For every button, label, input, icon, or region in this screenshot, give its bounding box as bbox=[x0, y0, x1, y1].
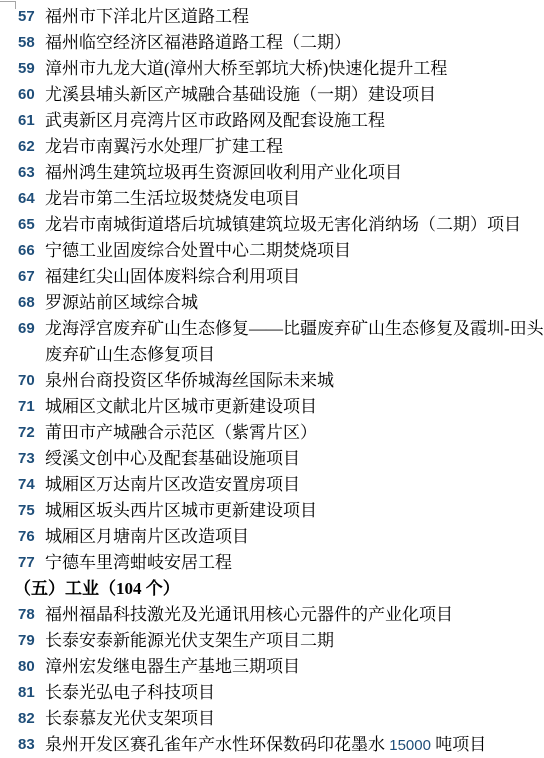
list-item: 62龙岩市南翼污水处理厂扩建工程 bbox=[0, 134, 544, 160]
item-number: 68 bbox=[18, 290, 45, 316]
item-number: 66 bbox=[18, 238, 45, 264]
item-number: 70 bbox=[18, 368, 45, 394]
item-text-line: 城厢区坂头西片区城市更新建设项目 bbox=[45, 501, 317, 520]
list-item: 60尤溪县埔头新区产城融合基础设施（一期）建设项目 bbox=[0, 82, 544, 108]
item-text-line: 泉州台商投资区华侨城海丝国际未来城 bbox=[45, 371, 334, 390]
item-text: 福州市下洋北片区道路工程 bbox=[45, 4, 544, 30]
list-item: 79长泰安泰新能源光伏支架生产项目二期 bbox=[0, 628, 544, 654]
list-item: 73绶溪文创中心及配套基础设施项目 bbox=[0, 446, 544, 472]
item-text-line: 福建红尖山固体废料综合利用项目 bbox=[45, 267, 300, 286]
item-number: 83 bbox=[18, 732, 45, 758]
list-item: 80漳州宏发继电器生产基地三期项目 bbox=[0, 654, 544, 680]
item-number: 62 bbox=[18, 134, 45, 160]
item-text-line: 长泰慕友光伏支架项目 bbox=[45, 709, 215, 728]
item-text-line: 罗源站前区域综合城 bbox=[45, 293, 198, 312]
item-number: 65 bbox=[18, 212, 45, 238]
item-text: 绶溪文创中心及配套基础设施项目 bbox=[45, 446, 544, 472]
item-number: 59 bbox=[18, 56, 45, 82]
item-text: 武夷新区月亮湾片区市政路网及配套设施工程 bbox=[45, 108, 544, 134]
list-item: 59漳州市九龙大道(漳州大桥至郭坑大桥)快速化提升工程 bbox=[0, 56, 544, 82]
item-text: 城厢区月塘南片区改造项目 bbox=[45, 524, 544, 550]
item-text-line: 漳州市九龙大道(漳州大桥至郭坑大桥)快速化提升工程 bbox=[45, 59, 447, 78]
list-item: 58福州临空经济区福港路道路工程（二期） bbox=[0, 30, 544, 56]
item-number: 82 bbox=[18, 706, 45, 732]
item-text-line: 福州临空经济区福港路道路工程（二期） bbox=[45, 33, 351, 52]
item-text-line: 绶溪文创中心及配套基础设施项目 bbox=[45, 449, 300, 468]
list-item: 82长泰慕友光伏支架项目 bbox=[0, 706, 544, 732]
item-text: 城厢区文献北片区城市更新建设项目 bbox=[45, 394, 544, 420]
item-text-line: 长泰光弘电子科技项目 bbox=[45, 683, 215, 702]
item-number: 80 bbox=[18, 654, 45, 680]
project-list: 57福州市下洋北片区道路工程58福州临空经济区福港路道路工程（二期）59漳州市九… bbox=[0, 4, 544, 758]
item-text-line: 宁德工业固废综合处置中心二期焚烧项目 bbox=[45, 241, 351, 260]
item-text: 莆田市产城融合示范区（紫霄片区） bbox=[45, 420, 544, 446]
item-number: 77 bbox=[18, 550, 45, 576]
item-text: 福州鸿生建筑垃圾再生资源回收利用产业化项目 bbox=[45, 160, 544, 186]
list-item: 64龙岩市第二生活垃圾焚烧发电项目 bbox=[0, 186, 544, 212]
item-number: 60 bbox=[18, 82, 45, 108]
item-number: 71 bbox=[18, 394, 45, 420]
item-text-line: 福州鸿生建筑垃圾再生资源回收利用产业化项目 bbox=[45, 163, 402, 182]
item-text: 福建红尖山固体废料综合利用项目 bbox=[45, 264, 544, 290]
list-item: 68罗源站前区域综合城 bbox=[0, 290, 544, 316]
item-text: 龙岩市南城街道塔后坑城镇建筑垃圾无害化消纳场（二期）项目 bbox=[45, 212, 544, 238]
list-item: 70泉州台商投资区华侨城海丝国际未来城 bbox=[0, 368, 544, 394]
list-item: 76城厢区月塘南片区改造项目 bbox=[0, 524, 544, 550]
item-text: 尤溪县埔头新区产城融合基础设施（一期）建设项目 bbox=[45, 82, 544, 108]
list-item: 77宁德车里湾蚶岐安居工程 bbox=[0, 550, 544, 576]
list-item: 66宁德工业固废综合处置中心二期焚烧项目 bbox=[0, 238, 544, 264]
item-number: 78 bbox=[18, 602, 45, 628]
item-text: 长泰安泰新能源光伏支架生产项目二期 bbox=[45, 628, 544, 654]
item-number: 58 bbox=[18, 30, 45, 56]
list-item: 75城厢区坂头西片区城市更新建设项目 bbox=[0, 498, 544, 524]
item-text-line: 漳州宏发继电器生产基地三期项目 bbox=[45, 657, 300, 676]
item-number: 72 bbox=[18, 420, 45, 446]
item-text: 长泰光弘电子科技项目 bbox=[45, 680, 544, 706]
list-item: 78福州福晶科技激光及光通讯用核心元器件的产业化项目 bbox=[0, 602, 544, 628]
item-text: 宁德工业固废综合处置中心二期焚烧项目 bbox=[45, 238, 544, 264]
item-number: 74 bbox=[18, 472, 45, 498]
item-text: 龙海浮宫废弃矿山生态修复——比疆废弃矿山生态修复及霞圳-田头废弃矿山生态修复项目 bbox=[45, 316, 544, 368]
list-item: 74城厢区万达南片区改造安置房项目 bbox=[0, 472, 544, 498]
item-text-line: 龙岩市第二生活垃圾焚烧发电项目 bbox=[45, 189, 300, 208]
list-item: 57福州市下洋北片区道路工程 bbox=[0, 4, 544, 30]
item-number: 64 bbox=[18, 186, 45, 212]
item-text: 龙岩市南翼污水处理厂扩建工程 bbox=[45, 134, 544, 160]
item-text-line: 尤溪县埔头新区产城融合基础设施（一期）建设项目 bbox=[45, 85, 436, 104]
item-text-line: 城厢区月塘南片区改造项目 bbox=[45, 527, 249, 546]
item-text-line: 城厢区万达南片区改造安置房项目 bbox=[45, 475, 300, 494]
item-text-line: 福州市下洋北片区道路工程 bbox=[45, 7, 249, 26]
item-number: 75 bbox=[18, 498, 45, 524]
item-text-line: 宁德车里湾蚶岐安居工程 bbox=[45, 553, 232, 572]
item-text-line: 福州福晶科技激光及光通讯用核心元器件的产业化项目 bbox=[45, 605, 453, 624]
inline-number: 15000 bbox=[389, 737, 431, 754]
item-text-line: 龙岩市南翼污水处理厂扩建工程 bbox=[45, 137, 283, 156]
item-text: 泉州台商投资区华侨城海丝国际未来城 bbox=[45, 368, 544, 394]
item-text-line: 废弃矿山生态修复项目 bbox=[45, 345, 215, 364]
item-text: 泉州开发区赛孔雀年产水性环保数码印花墨水 15000 吨项目 bbox=[45, 732, 544, 758]
item-text: 龙岩市第二生活垃圾焚烧发电项目 bbox=[45, 186, 544, 212]
section-heading: （五）工业（104 个） bbox=[0, 576, 544, 602]
document-page: 57福州市下洋北片区道路工程58福州临空经济区福港路道路工程（二期）59漳州市九… bbox=[0, 0, 544, 758]
item-number: 79 bbox=[18, 628, 45, 654]
item-text: 城厢区坂头西片区城市更新建设项目 bbox=[45, 498, 544, 524]
list-item: 83泉州开发区赛孔雀年产水性环保数码印花墨水 15000 吨项目 bbox=[0, 732, 544, 758]
item-text: 罗源站前区域综合城 bbox=[45, 290, 544, 316]
item-number: 63 bbox=[18, 160, 45, 186]
item-text: 福州福晶科技激光及光通讯用核心元器件的产业化项目 bbox=[45, 602, 544, 628]
item-text-line: 城厢区文献北片区城市更新建设项目 bbox=[45, 397, 317, 416]
list-item: 69龙海浮宫废弃矿山生态修复——比疆废弃矿山生态修复及霞圳-田头废弃矿山生态修复… bbox=[0, 316, 544, 368]
list-item: 63福州鸿生建筑垃圾再生资源回收利用产业化项目 bbox=[0, 160, 544, 186]
item-text: 漳州宏发继电器生产基地三期项目 bbox=[45, 654, 544, 680]
item-text-line: 龙岩市南城街道塔后坑城镇建筑垃圾无害化消纳场（二期）项目 bbox=[45, 215, 521, 234]
item-number: 81 bbox=[18, 680, 45, 706]
list-item: 65龙岩市南城街道塔后坑城镇建筑垃圾无害化消纳场（二期）项目 bbox=[0, 212, 544, 238]
item-text-line: 莆田市产城融合示范区（紫霄片区） bbox=[45, 423, 317, 442]
table-border-fragment bbox=[0, 1, 16, 9]
item-text: 福州临空经济区福港路道路工程（二期） bbox=[45, 30, 544, 56]
item-number: 57 bbox=[18, 4, 45, 30]
list-item: 71城厢区文献北片区城市更新建设项目 bbox=[0, 394, 544, 420]
item-text: 宁德车里湾蚶岐安居工程 bbox=[45, 550, 544, 576]
item-text-line: 龙海浮宫废弃矿山生态修复——比疆废弃矿山生态修复及霞圳-田头 bbox=[45, 319, 544, 338]
item-text-line: 长泰安泰新能源光伏支架生产项目二期 bbox=[45, 631, 334, 650]
item-number: 61 bbox=[18, 108, 45, 134]
list-item: 67福建红尖山固体废料综合利用项目 bbox=[0, 264, 544, 290]
list-item: 72莆田市产城融合示范区（紫霄片区） bbox=[0, 420, 544, 446]
item-text: 漳州市九龙大道(漳州大桥至郭坑大桥)快速化提升工程 bbox=[45, 56, 544, 82]
list-item: 81长泰光弘电子科技项目 bbox=[0, 680, 544, 706]
item-number: 76 bbox=[18, 524, 45, 550]
item-text: 城厢区万达南片区改造安置房项目 bbox=[45, 472, 544, 498]
item-text: 长泰慕友光伏支架项目 bbox=[45, 706, 544, 732]
item-text-line: 泉州开发区赛孔雀年产水性环保数码印花墨水 15000 吨项目 bbox=[45, 735, 486, 754]
list-item: 61武夷新区月亮湾片区市政路网及配套设施工程 bbox=[0, 108, 544, 134]
item-number: 73 bbox=[18, 446, 45, 472]
item-number: 69 bbox=[18, 316, 45, 342]
item-number: 67 bbox=[18, 264, 45, 290]
item-text-line: 武夷新区月亮湾片区市政路网及配套设施工程 bbox=[45, 111, 385, 130]
